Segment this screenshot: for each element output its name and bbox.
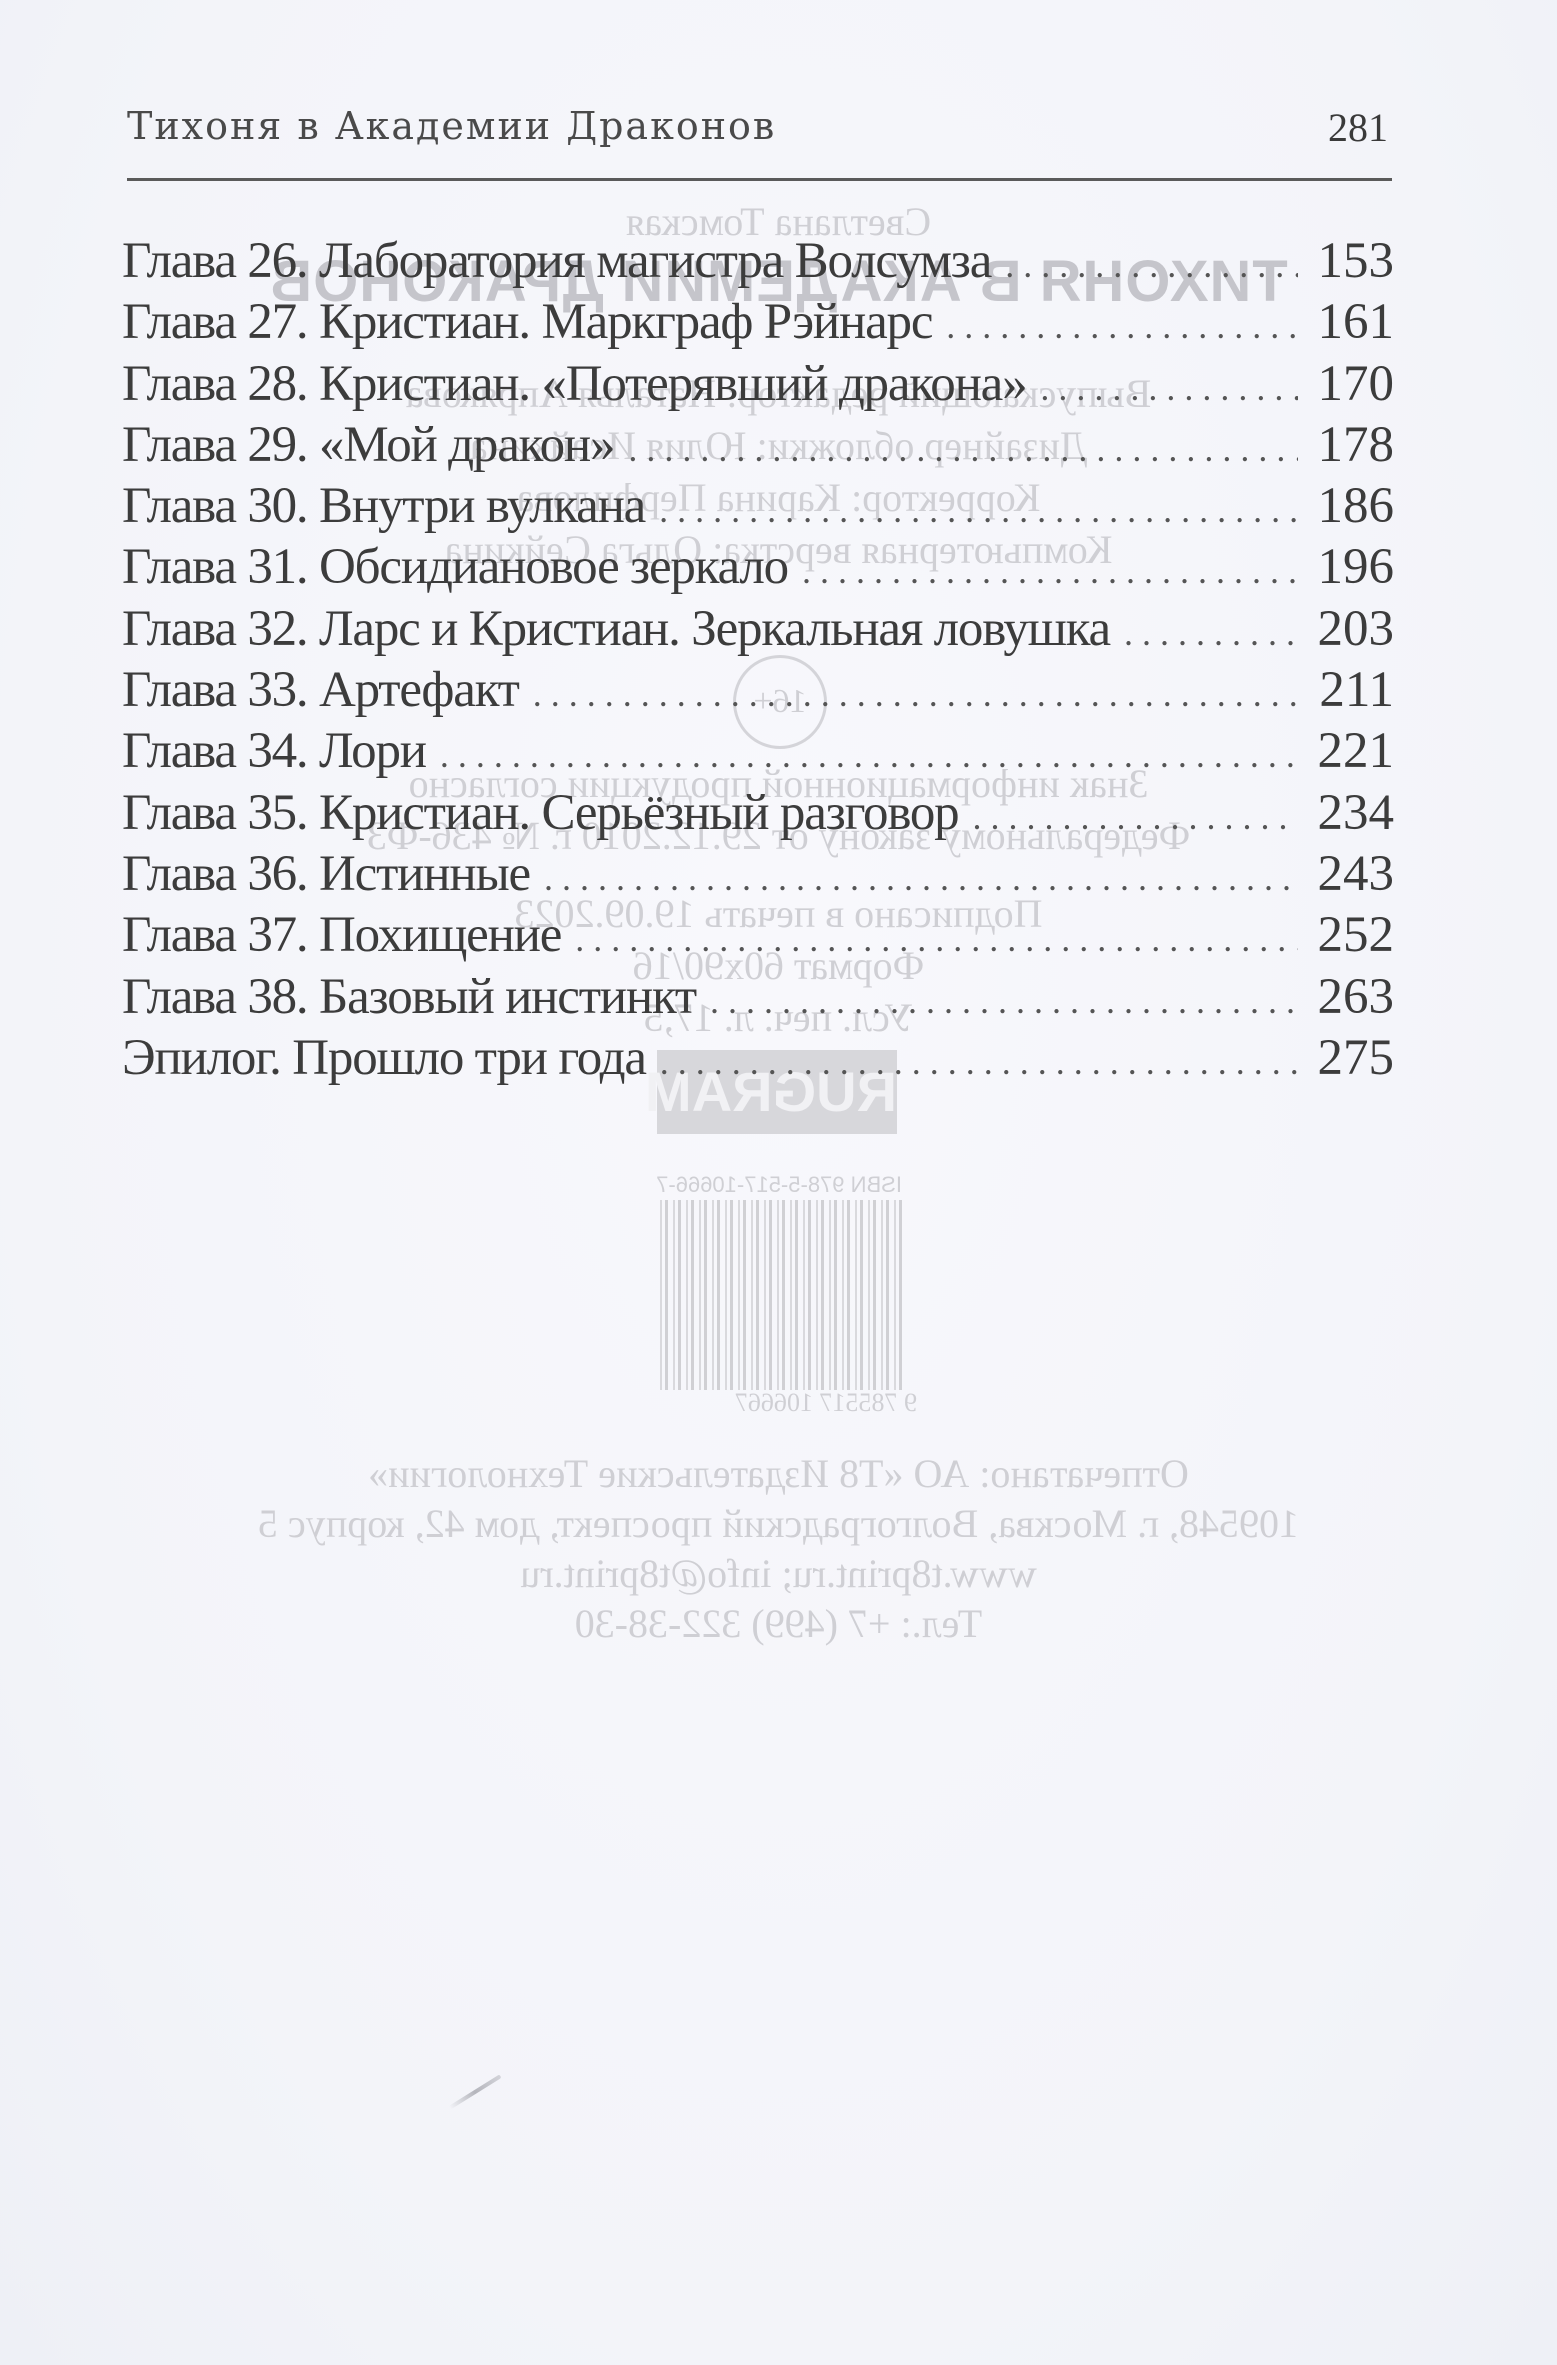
toc-entry: Глава 34. Лори..........................… — [122, 722, 1394, 783]
toc-entry-page: 203 — [1298, 600, 1394, 658]
book-title: Тихоня в Академии Драконов — [127, 104, 776, 148]
toc-dot-leader: ........................................… — [1005, 244, 1298, 286]
toc-dot-leader: ........................................… — [660, 1041, 1298, 1083]
toc-dot-leader: ........................................… — [440, 734, 1298, 776]
toc-entry-title: Глава 31. Обсидиановое зеркало — [122, 538, 802, 596]
toc-entry: Глава 36. Истинные......................… — [122, 845, 1394, 906]
barcode-icon — [657, 1200, 902, 1390]
toc-entry-page: 170 — [1298, 355, 1394, 413]
toc-dot-leader: ........................................… — [972, 796, 1298, 838]
toc-entry: Глава 27. Кристиан. Маркграф Рэйнарс....… — [122, 293, 1394, 354]
toc-dot-leader: ........................................… — [946, 305, 1298, 347]
bleed-printer: www.t8print.ru; info@t8print.ru — [0, 1550, 1557, 1597]
toc-entry-title: Глава 34. Лори — [122, 722, 440, 780]
toc-entry: Глава 26. Лаборатория магистра Волсумза.… — [122, 232, 1394, 293]
toc-dot-leader: ........................................… — [1040, 367, 1298, 409]
toc-entry: Глава 37. Похищение.....................… — [122, 906, 1394, 967]
toc-entry: Глава 28. Кристиан. «Потерявший дракона»… — [122, 355, 1394, 416]
toc-entry-title: Глава 27. Кристиан. Маркграф Рэйнарс — [122, 293, 946, 351]
toc-entry-page: 178 — [1298, 416, 1394, 474]
toc-entry-page: 153 — [1298, 232, 1394, 290]
toc-entry: Глава 29. «Мой дракон»..................… — [122, 416, 1394, 477]
toc-entry-page: 275 — [1298, 1029, 1394, 1087]
toc-dot-leader: ........................................… — [710, 980, 1298, 1022]
toc-entry-page: 234 — [1298, 784, 1394, 842]
page-number: 281 — [1328, 104, 1388, 151]
barcode-number: 9 785517 106667 — [735, 1388, 917, 1418]
toc-entry-title: Глава 29. «Мой дракон» — [122, 416, 628, 474]
toc-entry-page: 186 — [1298, 477, 1394, 535]
running-head: Тихоня в Академии Драконов 281 — [127, 98, 1392, 181]
toc-dot-leader: ........................................… — [533, 673, 1298, 715]
bleed-printer: Отпечатано: АО «Т8 Издательские Технолог… — [0, 1450, 1557, 1497]
toc-entry-page: 243 — [1298, 845, 1394, 903]
toc-dot-leader: ........................................… — [802, 550, 1298, 592]
toc-entry-page: 252 — [1298, 906, 1394, 964]
book-page: Светлана Томская ТИХОНЯ В АКАДЕМИИ ДРАКО… — [0, 0, 1557, 2365]
bleed-printer: Тел.: +7 (499) 322-38-30 — [0, 1600, 1557, 1647]
toc-dot-leader: ........................................… — [544, 857, 1298, 899]
toc-entry: Глава 30. Внутри вулкана................… — [122, 477, 1394, 538]
bleed-printer: 109548, г. Москва, Волгоградский проспек… — [0, 1500, 1557, 1547]
toc-entry: Глава 38. Базовый инстинкт..............… — [122, 968, 1394, 1029]
toc-entry-page: 221 — [1298, 722, 1394, 780]
toc-entry-title: Глава 33. Артефакт — [122, 661, 533, 719]
toc-entry-title: Глава 36. Истинные — [122, 845, 544, 903]
toc-entry-title: Глава 38. Базовый инстинкт — [122, 968, 710, 1026]
toc-dot-leader: ........................................… — [1124, 612, 1298, 654]
toc-entry: Глава 33. Артефакт......................… — [122, 661, 1394, 722]
toc-entry: Глава 31. Обсидиановое зеркало..........… — [122, 538, 1394, 599]
toc-entry-title: Эпилог. Прошло три года — [122, 1029, 660, 1087]
toc-entry-page: 196 — [1298, 538, 1394, 596]
ink-smudge — [448, 2074, 501, 2109]
toc-entry-title: Глава 37. Похищение — [122, 906, 575, 964]
toc-entry-title: Глава 32. Ларс и Кристиан. Зеркальная ло… — [122, 600, 1124, 658]
toc-entry-title: Глава 30. Внутри вулкана — [122, 477, 659, 535]
toc-entry-title: Глава 26. Лаборатория магистра Волсумза — [122, 232, 1005, 290]
toc-entry: Эпилог. Прошло три года.................… — [122, 1029, 1394, 1090]
toc-dot-leader: ........................................… — [628, 428, 1298, 470]
toc-entry: Глава 32. Ларс и Кристиан. Зеркальная ло… — [122, 600, 1394, 661]
toc-entry-page: 263 — [1298, 968, 1394, 1026]
toc-dot-leader: ........................................… — [659, 489, 1298, 531]
isbn-text: ISBN 978-5-517-10666-7 — [656, 1172, 902, 1198]
toc-dot-leader: ........................................… — [575, 918, 1298, 960]
toc-entry-title: Глава 28. Кристиан. «Потерявший дракона» — [122, 355, 1040, 413]
toc-entry-page: 161 — [1298, 293, 1394, 351]
table-of-contents: Глава 26. Лаборатория магистра Волсумза.… — [122, 232, 1394, 1090]
toc-entry-page: 211 — [1298, 661, 1394, 719]
toc-entry: Глава 35. Кристиан. Серьёзный разговор..… — [122, 784, 1394, 845]
toc-entry-title: Глава 35. Кристиан. Серьёзный разговор — [122, 784, 972, 842]
